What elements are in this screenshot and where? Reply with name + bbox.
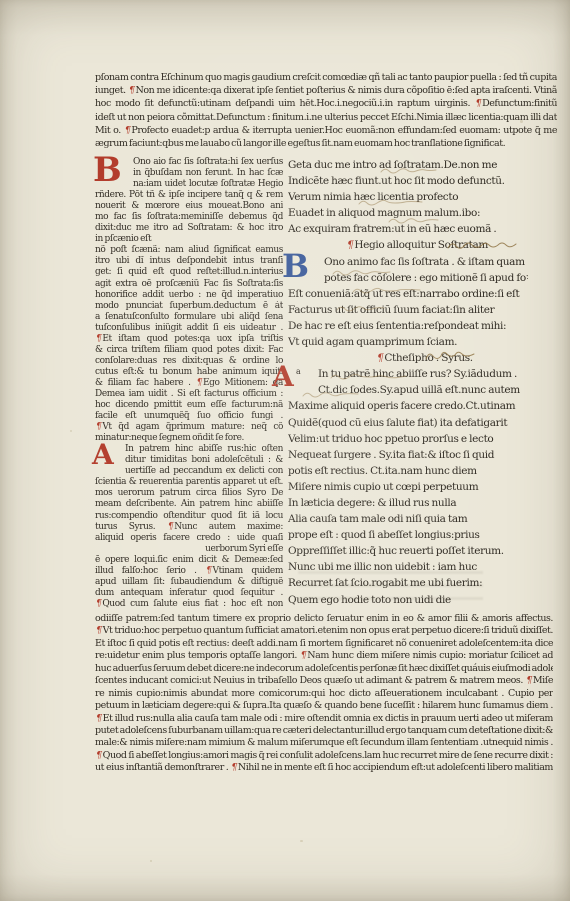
text-line: nõ poſt ſcænã: nam aliud ſignificat eamu… [95,245,283,256]
text-line: Miſere nimis cupio ut cœpi perpetuum [288,479,528,495]
blue-lombard-initial-B: B [282,250,309,282]
text-line: Nequeat ſurgere . Sy.ita fiat:& iſtoc ſi… [288,447,528,463]
text-line: De hac re eſt eius ſententia:reſpondeat … [288,318,528,334]
text-line: Et iſtoc ſi quid potis eſt rectius: deeſ… [95,638,553,650]
left-commentary-column: Ono aio fac ſis ſoſtrata:hi ſex uerſusin… [95,157,283,610]
red-lombard-initial-B: B [93,153,122,187]
verso-showthrough [298,568,483,608]
text-line: cutus eſt:& tu bonum habe animum iquit. [95,367,283,378]
text-line: conſolare:duas res dixit:quas & ordine l… [95,356,283,367]
text-line: in pſcænio eſt [95,234,283,245]
text-line: & filiam fac habere . ¶Ego Mitionem: qa [95,378,283,389]
text-line: re nimis cupio:nimis abundat more comico… [95,688,553,700]
text-line: dixit:duc me itro ad Soſtratam: & hoc it… [95,223,283,234]
text-line: itro ubi dĩ intus deſpondebit intus tran… [95,256,283,267]
text-line: ¶Vt triduo:hoc perpetuo quantum ſufficia… [95,625,553,637]
text-line: aliquid operis facere credo : uide quaſi [95,533,283,544]
text-line: mo fac ſis ſoſtrata:meminiſſe debemus q̃… [95,212,283,223]
pilcrow-mark: ¶ [95,422,102,432]
pilcrow-mark: ¶ [525,675,533,686]
foxing-spot [520,120,523,123]
text-line: Ct.dic ſodes.Sy.apud uillã eſt.nunc aute… [288,382,528,398]
pilcrow-mark: ¶ [167,522,174,532]
red-lombard-initial-A: A [92,441,114,469]
pilcrow-mark: ¶ [346,239,354,251]
pilcrow-mark: ¶ [376,352,384,364]
text-line: facile eſt unumquẽq̃ ſuo officio fungi . [95,411,283,422]
foxing-spot [150,860,152,862]
bottom-commentary-block: odiiſſe patrem:ſed tantum timere ex prop… [95,613,553,775]
pilcrow-mark: ¶ [300,650,308,661]
text-line: ut eius inſtantiã demonſtrarer . ¶Nihil … [95,762,553,774]
text-line: honorifice addit uerbo : ne q̃d imperati… [95,290,283,301]
pilcrow-mark: ¶ [128,85,136,96]
red-lombard-initial-A-verse: A [272,363,294,391]
text-line: rñdere. Pōt tñ & ipſe incipere tanq̃ q &… [95,190,283,201]
text-line: Indicẽte hæc fiunt.ut hoc ſit modo defun… [288,173,528,189]
text-line: Maxime aliquid operis facere credo.Ct.ut… [288,398,528,414]
text-line: ægrum faciunt:qbus me lauabo cũ langor i… [95,137,557,150]
text-line: nouerit & mœrore eius moueat.Bono ani [95,201,283,212]
text-line: ditur timiditas boni adoleſcẽtuli : & [95,455,283,466]
text-line: prope eſt : quod ſi abeſſet longius:priu… [288,527,528,543]
text-line: Oppreſſiſſet illic:q̃ huc reuerti poſſet… [288,543,528,559]
text-line: ē opere loqui.ſic enim dicit & Demeæ:ſed [95,555,283,566]
incunable-page: pſonam contra Eſchinum quo magis gaudium… [0,0,570,901]
right-verse-column: Geta duc me intro ad ſoſtratam.De.non me… [288,157,528,608]
text-line: & circa triſtem filiam quod potes dixit:… [95,345,283,356]
text-line: Ono animo fac ſis ſoſtrata . & iſtam qua… [288,254,528,270]
text-line: Geta duc me intro ad ſoſtratam.De.non me [288,157,528,173]
text-line: In patrem hinc abiſſe rus:hic oſten [95,444,283,455]
pilcrow-mark: ¶ [124,125,132,136]
text-line: dum antequam inferatur quod ſequitur . [95,588,283,599]
foxing-spot [70,430,72,432]
text-line: re:uidetur enim plus temporis optaſſe la… [95,650,553,662]
text-line: ſcentes inducant comici:ut Neuius in tri… [95,675,553,687]
text-line: ¶Ctheſipho . Syrus. [288,350,528,366]
pilcrow-mark: ¶ [95,334,102,344]
text-line: ¶Vt q̃d agam q̃primum mature: neq̃ cõ [95,422,283,433]
text-line: ideſt ut non peiora cõmittat.Defunctum :… [95,111,557,124]
text-line: tuſconſulibus iniũgit addit ſi eis uidea… [95,323,283,334]
text-line: ¶Et illud rus:nulla alia cauſa tam male … [95,713,553,725]
pilcrow-mark: ¶ [196,378,203,388]
text-line: hoc modo ſit defunctũ:utinam deſpandi ui… [95,97,557,110]
text-line: apud uillam ſit: ſubaudiendum & diſtiguẽ [95,577,283,588]
text-line: In læticia degere: & illud rus nulla [288,495,528,511]
text-line: odiiſſe patrem:ſed tantum timere ex prop… [95,613,553,625]
text-line: ¶Hegio alloquitur Soſtratam [288,237,528,253]
pilcrow-mark: ¶ [474,98,482,109]
text-line: Velim:ut triduo hoc ppetuo prorſus e lec… [288,431,528,447]
text-line: turus Syrus. ¶Nunc autem maxime: [95,522,283,533]
text-line: uertiſſe ad peccandum ex delicti con [95,466,283,477]
text-line: rus:compendio oſtenditur quod ſit iã loc… [95,511,283,522]
pilcrow-mark: ¶ [95,625,103,636]
printed-guide-letter: a [296,367,301,376]
text-line: Eſt conueniã:atq̃ ut res eſt:narrabo ord… [288,286,528,302]
text-line: ¶Quod ſi abeſſet longius:amori magis q̃ … [95,750,553,762]
text-line: potes fac cõſolere : ego mitionẽ ſi apud… [288,270,528,286]
text-line: Verum nimia hæc licentia profecto [288,189,528,205]
text-line: mos uerorum patrum circa filios Syro De [95,488,283,499]
text-line: Mit o. ¶Profecto euadet:p ardua & iterru… [95,124,557,137]
text-line: Euadet in aliquod magnum malum.ibo: [288,205,528,221]
text-line: Facturus ut ſit officiũ ſuum faciat:ſin … [288,302,528,318]
text-line: petuum in læticiam degere:qui & ſupra.It… [95,700,553,712]
foxing-spot [480,620,482,622]
pilcrow-mark: ¶ [95,599,102,609]
text-line: Demea iam uidit . Si eſt facturus offici… [95,389,283,400]
text-line: agit extra oē proſcæniũ Fac ſis Soſtrata… [95,279,283,290]
text-line: meam deſcribente. Ain patrem hinc abiiſſ… [95,499,283,510]
text-line: in q̃buſdam non ferunt. In hac ſcæ [95,168,283,179]
text-line: Vt quid agam quamprimum ſciam. [288,334,528,350]
text-line: a ſenatuſconſulto formulare ubi aliq̃d ſ… [95,312,283,323]
text-line: Ono aio fac ſis ſoſtrata:hi ſex uerſus [95,157,283,168]
text-line: minatur:neque ſegnem oñdit ſe fore. [95,433,283,444]
text-line: illud falſo:hoc ſerio . ¶Vtinam quidem [95,566,283,577]
text-line: putet adoleſcens ſuburbanam uillam:qua r… [95,725,553,737]
text-line: uerborum Syri eſſe [95,544,283,555]
text-line: potis eſt rectius. Ct.ita.nam hunc diem [288,463,528,479]
text-line: huc aduerſus ſeruum debet dicere:ne inde… [95,663,553,675]
text-line: pſonam contra Eſchinum quo magis gaudium… [95,71,557,84]
text-line: modo pnunciat ſuperbum.deductum ē át [95,301,283,312]
text-line: ¶Quod cum ſalute eius fiat : hoc eſt non [95,599,283,610]
text-line: iunget. ¶Non me idicente:qa dixerat ipſe… [95,84,557,97]
pilcrow-mark: ¶ [95,750,103,761]
text-line: ſcientia & reuerentia parentis apparet u… [95,477,283,488]
text-line: male:& nimis miſere:nam mimium & malum m… [95,737,553,749]
text-line: get: ſi quid eſt quod reſtet:illud.n.int… [95,267,283,278]
pilcrow-mark: ¶ [205,566,212,576]
text-line: hoc dicendo pmittit eum eſſe facturum:nã [95,400,283,411]
foxing-spot [300,840,303,842]
top-commentary-block: pſonam contra Eſchinum quo magis gaudium… [95,71,557,150]
text-line: In tu patrẽ hinc abiiſſe rus? Sy.iãdudum… [288,366,528,382]
text-line: Quidẽ(quod cũ eius ſalute fiat) ita defa… [288,415,528,431]
text-line: Alia cauſa tam male odi niſi quia tam [288,511,528,527]
pilcrow-mark: ¶ [95,713,103,724]
text-line: Ac exquiram fratrem:ut in eũ hæc euomã . [288,221,528,237]
text-line: na:iam uidet locutæ ſoſtratæ Hegio [95,179,283,190]
pilcrow-mark: ¶ [230,762,238,773]
text-line: ¶Et iſtam quod potes:qa uox ipſa triſtis [95,334,283,345]
